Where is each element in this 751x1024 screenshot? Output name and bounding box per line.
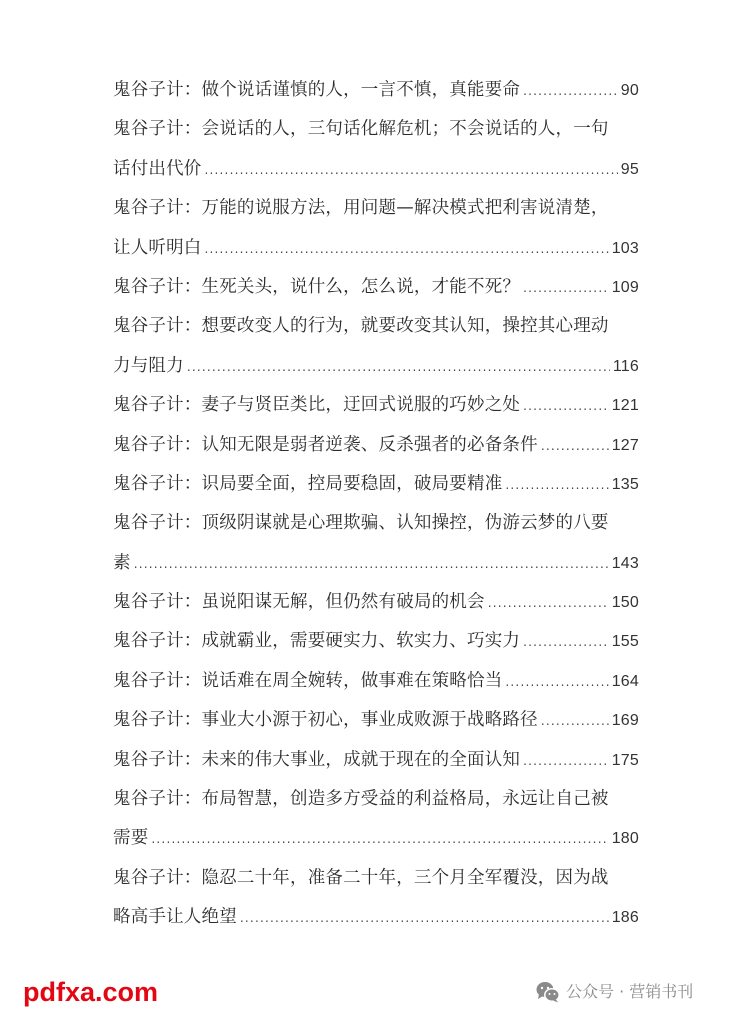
toc-entry-line: 鬼谷子计：顶级阴谋就是心理欺骗、认知操控，伪游云梦的八要 — [113, 504, 639, 543]
toc-entry-line: 鬼谷子计：布局智慧，创造多方受益的利益格局，永远让自己被 — [113, 780, 639, 819]
toc-entry[interactable]: 鬼谷子计：布局智慧，创造多方受益的利益格局，永远让自己被 需要 180 — [113, 780, 639, 859]
toc-entry-line: 素 143 — [113, 544, 639, 583]
toc-entry[interactable]: 鬼谷子计：隐忍二十年，准备二十年，三个月全军覆没，因为战 略高手让人绝望 186 — [113, 859, 639, 938]
toc-entry-line: 鬼谷子计：未来的伟大事业，成就于现在的全面认知 175 — [113, 741, 639, 780]
toc-page-number: 90 — [621, 71, 639, 110]
dot-leader — [523, 623, 609, 662]
toc-entry-line: 需要 180 — [113, 819, 639, 858]
toc-entry-line: 鬼谷子计：识局要全面，控局要稳固，破局要精准 135 — [113, 465, 639, 504]
toc-page-number: 121 — [612, 386, 639, 425]
toc-page-number: 164 — [612, 662, 639, 701]
toc-entry-line: 鬼谷子计：虽说阳谋无解，但仍然有破局的机会 150 — [113, 583, 639, 622]
account-watermark: 公众号 · 营销书刊 — [536, 979, 693, 1005]
toc-entry[interactable]: 鬼谷子计：虽说阳谋无解，但仍然有破局的机会 150 — [113, 583, 639, 622]
toc-page-number: 150 — [612, 583, 639, 622]
toc-entry[interactable]: 鬼谷子计：想要改变人的行为，就要改变其认知，操控其心理动 力与阻力 116 — [113, 307, 639, 386]
dot-leader — [541, 427, 609, 466]
toc-entry-title: 鬼谷子计：布局智慧，创造多方受益的利益格局，永远让自己被 — [113, 780, 609, 819]
toc-entry[interactable]: 鬼谷子计：成就霸业，需要硬实力、软实力、巧实力 155 — [113, 622, 639, 661]
toc-entry-line: 鬼谷子计：妻子与贤臣类比，迂回式说服的巧妙之处 121 — [113, 386, 639, 425]
toc-entry-title: 鬼谷子计：万能的说服方法，用问题—解决模式把利害说清楚， — [113, 189, 609, 228]
dot-leader — [523, 387, 609, 426]
toc-entry-title: 鬼谷子计：妻子与贤臣类比，迂回式说服的巧妙之处 — [113, 386, 520, 425]
toc-entry-title-cont: 让人听明白 — [113, 229, 202, 268]
toc-page-number: 103 — [612, 229, 639, 268]
toc-entry[interactable]: 鬼谷子计：认知无限是弱者逆袭、反杀强者的必备条件 127 — [113, 426, 639, 465]
toc-entry-title-cont: 力与阻力 — [113, 347, 184, 386]
toc-entry[interactable]: 鬼谷子计：生死关头，说什么，怎么说，才能不死？ 109 — [113, 268, 639, 307]
toc-entry-title-cont: 需要 — [113, 819, 148, 858]
toc-entry-title: 鬼谷子计：成就霸业，需要硬实力、软实力、巧实力 — [113, 622, 520, 661]
toc-entry-title: 鬼谷子计：识局要全面，控局要稳固，破局要精准 — [113, 465, 502, 504]
wechat-icon — [536, 981, 560, 1003]
toc-entry-line: 鬼谷子计：说话难在周全婉转，做事难在策略恰当 164 — [113, 662, 639, 701]
toc-entry-line: 力与阻力 116 — [113, 347, 639, 386]
toc-entry-title: 鬼谷子计：虽说阳谋无解，但仍然有破局的机会 — [113, 583, 485, 622]
toc-entry[interactable]: 鬼谷子计：识局要全面，控局要稳固，破局要精准 135 — [113, 465, 639, 504]
site-watermark: pdfxa.com — [23, 976, 158, 1008]
toc-entry[interactable]: 鬼谷子计：妻子与贤臣类比，迂回式说服的巧妙之处 121 — [113, 386, 639, 425]
dot-leader — [505, 466, 608, 505]
account-label: 公众号 · 营销书刊 — [566, 979, 693, 1005]
dot-leader — [205, 230, 609, 269]
toc-page-number: 95 — [621, 150, 639, 189]
toc-entry-title-cont: 略高手让人绝望 — [113, 898, 237, 937]
dot-leader — [151, 820, 608, 859]
toc-entry-title: 鬼谷子计：说话难在周全婉转，做事难在策略恰当 — [113, 662, 502, 701]
toc-entry[interactable]: 鬼谷子计：会说话的人，三句话化解危机；不会说话的人，一句 话付出代价 95 — [113, 110, 639, 189]
toc-page-number: 127 — [612, 426, 639, 465]
toc-entry-line: 鬼谷子计：会说话的人，三句话化解危机；不会说话的人，一句 — [113, 110, 639, 149]
toc-entry-title: 鬼谷子计：未来的伟大事业，成就于现在的全面认知 — [113, 741, 520, 780]
toc-entry-line: 鬼谷子计：想要改变人的行为，就要改变其认知，操控其心理动 — [113, 307, 639, 346]
dot-leader — [541, 702, 609, 741]
toc-entry-title: 鬼谷子计：顶级阴谋就是心理欺骗、认知操控，伪游云梦的八要 — [113, 504, 609, 543]
toc-entry-title-cont: 话付出代价 — [113, 150, 202, 189]
toc-page-number: 143 — [612, 544, 639, 583]
toc-entry-title: 鬼谷子计：生死关头，说什么，怎么说，才能不死？ — [113, 268, 520, 307]
toc-entry-title: 鬼谷子计：隐忍二十年，准备二十年，三个月全军覆没，因为战 — [113, 859, 609, 898]
toc-entry-line: 鬼谷子计：成就霸业，需要硬实力、软实力、巧实力 155 — [113, 622, 639, 661]
dot-leader — [523, 269, 609, 308]
toc-entry-line: 话付出代价 95 — [113, 150, 639, 189]
dot-leader — [187, 348, 610, 387]
toc-entry-title: 鬼谷子计：事业大小源于初心，事业成败源于战略路径 — [113, 701, 538, 740]
toc-entry[interactable]: 鬼谷子计：说话难在周全婉转，做事难在策略恰当 164 — [113, 662, 639, 701]
toc-entry[interactable]: 鬼谷子计：事业大小源于初心，事业成败源于战略路径 169 — [113, 701, 639, 740]
toc-page-number: 109 — [612, 268, 639, 307]
toc-entry-line: 鬼谷子计：认知无限是弱者逆袭、反杀强者的必备条件 127 — [113, 426, 639, 465]
toc-page-number: 169 — [612, 701, 639, 740]
toc-entry-title: 鬼谷子计：做个说话谨慎的人，一言不慎，真能要命 — [113, 71, 520, 110]
toc-entry-line: 鬼谷子计：万能的说服方法，用问题—解决模式把利害说清楚， — [113, 189, 639, 228]
toc-entry-title: 鬼谷子计：认知无限是弱者逆袭、反杀强者的必备条件 — [113, 426, 538, 465]
dot-leader — [488, 584, 609, 623]
dot-leader — [134, 545, 609, 584]
toc-entry[interactable]: 鬼谷子计：做个说话谨慎的人，一言不慎，真能要命 90 — [113, 71, 639, 110]
toc-page-number: 116 — [613, 347, 639, 386]
dot-leader — [240, 899, 609, 938]
toc-entry-line: 略高手让人绝望 186 — [113, 898, 639, 937]
dot-leader — [523, 742, 609, 781]
toc-entry-title: 鬼谷子计：想要改变人的行为，就要改变其认知，操控其心理动 — [113, 307, 609, 346]
toc-entry-title: 鬼谷子计：会说话的人，三句话化解危机；不会说话的人，一句 — [113, 110, 609, 149]
toc-entry-line: 鬼谷子计：做个说话谨慎的人，一言不慎，真能要命 90 — [113, 71, 639, 110]
toc-page-number: 180 — [612, 819, 639, 858]
toc-entry[interactable]: 鬼谷子计：万能的说服方法，用问题—解决模式把利害说清楚， 让人听明白 103 — [113, 189, 639, 268]
toc-page-number: 186 — [612, 898, 639, 937]
toc-entry[interactable]: 鬼谷子计：未来的伟大事业，成就于现在的全面认知 175 — [113, 741, 639, 780]
toc-page-number: 175 — [612, 741, 639, 780]
toc-entry-line: 让人听明白 103 — [113, 229, 639, 268]
dot-leader — [205, 151, 618, 190]
toc-entry-line: 鬼谷子计：事业大小源于初心，事业成败源于战略路径 169 — [113, 701, 639, 740]
toc-page-number: 135 — [612, 465, 639, 504]
toc-entry-line: 鬼谷子计：生死关头，说什么，怎么说，才能不死？ 109 — [113, 268, 639, 307]
toc-entry[interactable]: 鬼谷子计：顶级阴谋就是心理欺骗、认知操控，伪游云梦的八要 素 143 — [113, 504, 639, 583]
toc-page-number: 155 — [612, 622, 639, 661]
dot-leader — [505, 663, 608, 702]
dot-leader — [523, 72, 618, 111]
toc-entry-title-cont: 素 — [113, 544, 131, 583]
toc-entry-line: 鬼谷子计：隐忍二十年，准备二十年，三个月全军覆没，因为战 — [113, 859, 639, 898]
table-of-contents: 鬼谷子计：做个说话谨慎的人，一言不慎，真能要命 90 鬼谷子计：会说话的人，三句… — [113, 71, 639, 938]
